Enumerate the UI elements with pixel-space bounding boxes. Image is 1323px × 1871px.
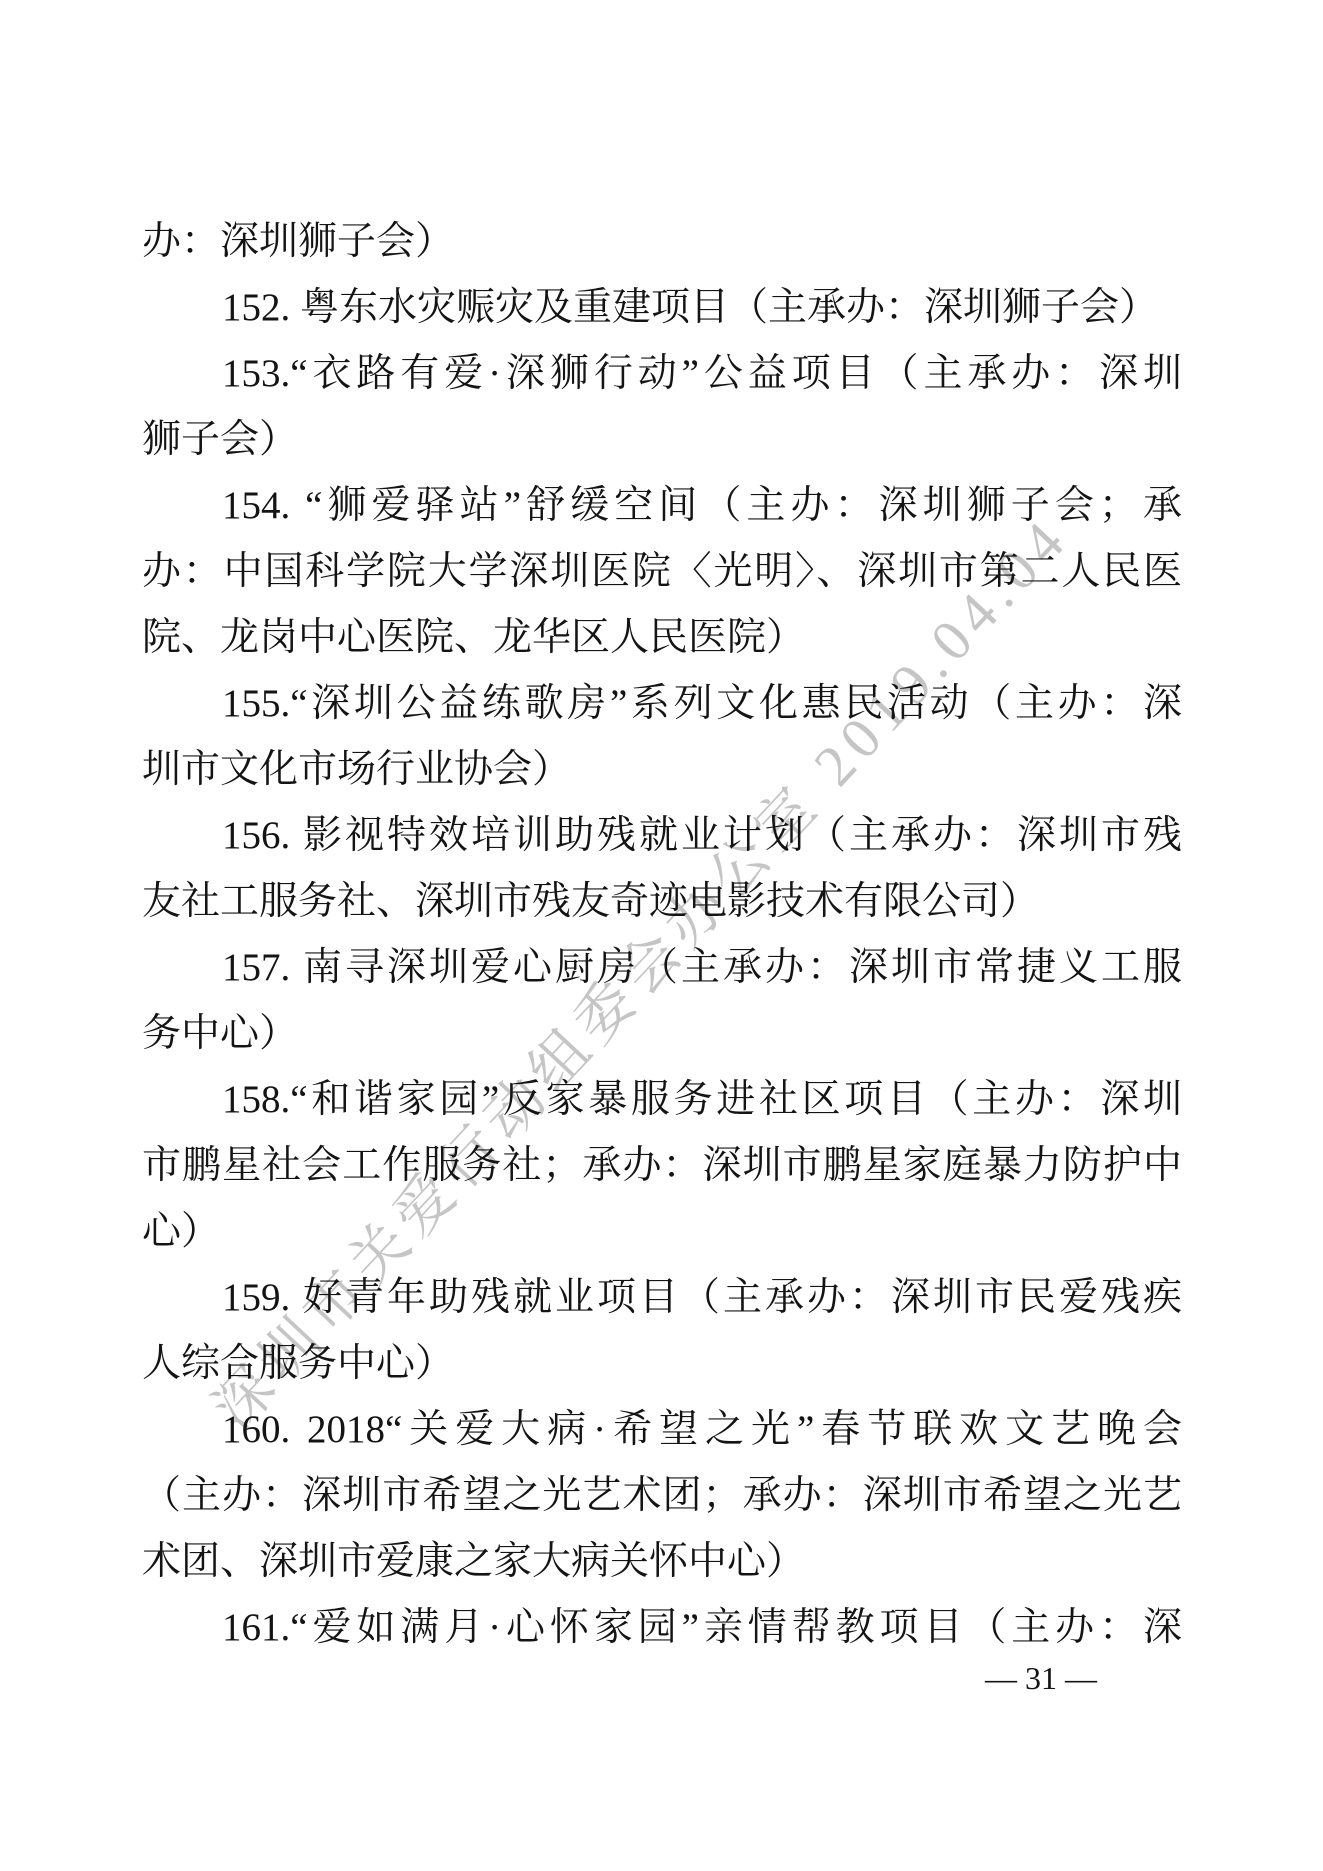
document-line: 术团、深圳市爱康之家大病关怀中心） — [142, 1529, 1182, 1595]
document-line: 153.“衣路有爱·深狮行动”公益项目（主承办：深圳 — [142, 341, 1182, 407]
document-line: 160. 2018“关爱大病·希望之光”春节联欢文艺晚会 — [142, 1397, 1182, 1463]
document-body: 办：深圳狮子会） 152. 粤东水灾赈灾及重建项目（主承办：深圳狮子会） 153… — [142, 209, 1182, 1661]
document-line: 158.“和谐家园”反家暴服务进社区项目（主办：深圳 — [142, 1067, 1182, 1133]
document-line: 152. 粤东水灾赈灾及重建项目（主承办：深圳狮子会） — [142, 275, 1182, 341]
document-line: 办：深圳狮子会） — [142, 209, 1182, 275]
document-line: 159. 好青年助残就业项目（主承办：深圳市民爱残疾 — [142, 1265, 1182, 1331]
document-line: 市鹏星社会工作服务社；承办：深圳市鹏星家庭暴力防护中 — [142, 1133, 1182, 1199]
document-line: 办：中国科学院大学深圳医院〈光明〉、深圳市第二人民医 — [142, 539, 1182, 605]
document-line: 人综合服务中心） — [142, 1331, 1182, 1397]
document-line: 154. “狮爱驿站”舒缓空间（主办：深圳狮子会；承 — [142, 473, 1182, 539]
document-line: 院、龙岗中心医院、龙华区人民医院） — [142, 605, 1182, 671]
document-page: 深圳市关爱行动组委会办公室 2019.04.04 办：深圳狮子会） 152. 粤… — [0, 0, 1323, 1871]
document-line: 155.“深圳公益练歌房”系列文化惠民活动（主办：深 — [142, 671, 1182, 737]
document-line: 心） — [142, 1199, 1182, 1265]
document-line: 156. 影视特效培训助残就业计划（主承办：深圳市残 — [142, 803, 1182, 869]
document-line: 友社工服务社、深圳市残友奇迹电影技术有限公司） — [142, 869, 1182, 935]
document-line: 157. 南寻深圳爱心厨房（主承办：深圳市常捷义工服 — [142, 935, 1182, 1001]
document-line: 狮子会） — [142, 407, 1182, 473]
document-line: 务中心） — [142, 1001, 1182, 1067]
document-line: （主办：深圳市希望之光艺术团；承办：深圳市希望之光艺 — [142, 1463, 1182, 1529]
document-line: 圳市文化市场行业协会） — [142, 737, 1182, 803]
document-line: 161.“爱如满月·心怀家园”亲情帮教项目（主办：深 — [142, 1595, 1182, 1661]
page-number: — 31 — — [985, 1660, 1097, 1697]
